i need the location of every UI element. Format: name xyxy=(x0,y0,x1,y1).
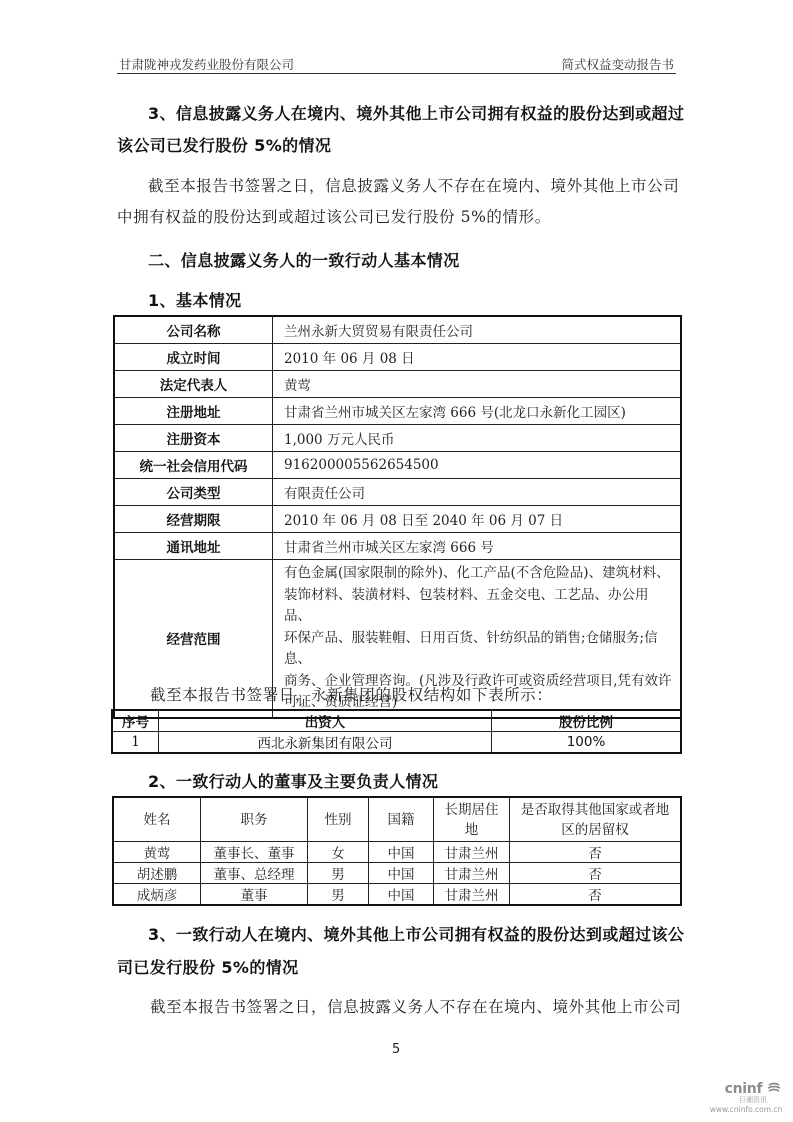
table-row: 黄莺 董事长、董事 女 中国 甘肃兰州 否 xyxy=(113,842,681,863)
table-row: 胡述鹏 董事、总经理 男 中国 甘肃兰州 否 xyxy=(113,863,681,884)
field-value: 2010 年 06 月 08 日至 2040 年 06 月 07 日 xyxy=(273,506,682,533)
page-number: 5 xyxy=(392,1042,400,1057)
table-row: 法定代表人黄莺 xyxy=(114,371,681,398)
column-header: 国籍 xyxy=(369,797,434,842)
table-row: 通讯地址甘肃省兰州市城关区左家湾 666 号 xyxy=(114,533,681,560)
field-value: 黄莺 xyxy=(273,371,682,398)
column-header: 长期居住 地 xyxy=(434,797,510,842)
table-cell: 甘肃兰州 xyxy=(434,884,510,906)
table-cell: 甘肃兰州 xyxy=(434,842,510,863)
basic-info-table: 公司名称兰州永新大贸贸易有限责任公司 成立时间2010 年 06 月 08 日 … xyxy=(113,315,682,719)
table-cell: 中国 xyxy=(369,842,434,863)
table-row: 注册资本1,000 万元人民币 xyxy=(114,425,681,452)
table-cell: 董事 xyxy=(201,884,308,906)
header-line: 长期居住 xyxy=(434,800,509,820)
header-line: 是否取得其他国家或者地 xyxy=(510,800,680,820)
column-header: 序号 xyxy=(112,710,159,732)
field-value: 916200005562654500 xyxy=(273,452,682,479)
field-label: 成立时间 xyxy=(114,344,273,371)
table-row: 经营期限2010 年 06 月 08 日至 2040 年 06 月 07 日 xyxy=(114,506,681,533)
field-label: 公司类型 xyxy=(114,479,273,506)
column-header: 姓名 xyxy=(113,797,201,842)
page-header: 甘肃陇神戎发药业股份有限公司 简式权益变动报告书 xyxy=(117,53,676,74)
table-cell: 1 xyxy=(112,732,159,754)
table-row: 1 西北永新集团有限公司 100% xyxy=(112,732,681,754)
field-value: 甘肃省兰州市城关区左家湾 666 号 xyxy=(273,533,682,560)
field-label: 通讯地址 xyxy=(114,533,273,560)
subsection-heading: 2、一致行动人的董事及主要负责人情况 xyxy=(148,769,438,792)
table-cell: 甘肃兰州 xyxy=(434,863,510,884)
table-cell: 董事长、董事 xyxy=(201,842,308,863)
watermark-url: www.cninfo.com.cn xyxy=(704,1105,788,1114)
field-value: 甘肃省兰州市城关区左家湾 666 号(北龙口永新化工园区) xyxy=(273,398,682,425)
column-header: 是否取得其他国家或者地 区的居留权 xyxy=(510,797,682,842)
table-header-row: 姓名 职务 性别 国籍 长期居住 地 是否取得其他国家或者地 区的居留权 xyxy=(113,797,681,842)
field-value: 有限责任公司 xyxy=(273,479,682,506)
column-header: 性别 xyxy=(308,797,369,842)
equity-intro: 截至本报告书签署日，永新集团的股权结构如下表所示： xyxy=(150,683,553,705)
section-heading: 3、信息披露义务人在境内、境外其他上市公司拥有权益的股份达到或超过 xyxy=(148,101,684,124)
section-heading-cont: 该公司已发行股份 5%的情况 xyxy=(117,133,331,156)
scope-line: 装饰材料、装潢材料、包装材料、五金交电、工艺品、办公用品、 xyxy=(284,585,674,628)
paragraph-cont: 中拥有权益的股份达到或超过该公司已发行股份 5%的情形。 xyxy=(117,205,551,227)
directors-table: 姓名 职务 性别 国籍 长期居住 地 是否取得其他国家或者地 区的居留权 黄莺 … xyxy=(112,796,682,906)
table-cell: 男 xyxy=(308,884,369,906)
scope-line: 有色金属(国家限制的除外)、化工产品(不含危险品)、建筑材料、 xyxy=(284,563,674,585)
header-company: 甘肃陇神戎发药业股份有限公司 xyxy=(119,55,294,73)
column-header: 职务 xyxy=(201,797,308,842)
table-cell: 否 xyxy=(510,863,682,884)
table-cell: 男 xyxy=(308,863,369,884)
cninfo-watermark: cninf 巨潮资讯 www.cninfo.com.cn xyxy=(718,1078,788,1114)
table-cell: 女 xyxy=(308,842,369,863)
table-row: 成立时间2010 年 06 月 08 日 xyxy=(114,344,681,371)
table-cell: 100% xyxy=(492,732,682,754)
equity-table: 序号 出资人 股份比例 1 西北永新集团有限公司 100% xyxy=(111,709,682,754)
table-cell: 胡述鹏 xyxy=(113,863,201,884)
field-label: 统一社会信用代码 xyxy=(114,452,273,479)
table-row: 统一社会信用代码916200005562654500 xyxy=(114,452,681,479)
table-row: 注册地址甘肃省兰州市城关区左家湾 666 号(北龙口永新化工园区) xyxy=(114,398,681,425)
column-header: 股份比例 xyxy=(492,710,682,732)
field-value: 兰州永新大贸贸易有限责任公司 xyxy=(273,316,682,344)
header-line: 区的居留权 xyxy=(510,820,680,840)
paragraph: 截至本报告书签署之日，信息披露义务人不存在在境内、境外其他上市公司 xyxy=(150,995,681,1017)
table-row: 成炳彦 董事 男 中国 甘肃兰州 否 xyxy=(113,884,681,906)
field-label: 法定代表人 xyxy=(114,371,273,398)
field-value: 1,000 万元人民币 xyxy=(273,425,682,452)
table-row: 公司类型有限责任公司 xyxy=(114,479,681,506)
scope-line: 环保产品、服装鞋帽、日用百货、针纺织品的销售;仓储服务;信息、 xyxy=(284,628,674,671)
field-label: 注册地址 xyxy=(114,398,273,425)
table-cell: 董事、总经理 xyxy=(201,863,308,884)
section-heading: 二、信息披露义务人的一致行动人基本情况 xyxy=(148,248,460,271)
field-label: 经营期限 xyxy=(114,506,273,533)
table-cell: 中国 xyxy=(369,884,434,906)
table-header-row: 序号 出资人 股份比例 xyxy=(112,710,681,732)
table-cell: 成炳彦 xyxy=(113,884,201,906)
table-cell: 否 xyxy=(510,842,682,863)
header-doc-title: 简式权益变动报告书 xyxy=(561,55,674,73)
table-row: 公司名称兰州永新大贸贸易有限责任公司 xyxy=(114,316,681,344)
swirl-icon xyxy=(767,1082,781,1094)
paragraph: 截至本报告书签署之日，信息披露义务人不存在在境内、境外其他上市公司 xyxy=(148,174,679,196)
header-line: 地 xyxy=(434,820,509,840)
table-cell: 西北永新集团有限公司 xyxy=(159,732,492,754)
section-heading-cont: 司已发行股份 5%的情况 xyxy=(117,955,299,978)
field-label: 注册资本 xyxy=(114,425,273,452)
field-value: 2010 年 06 月 08 日 xyxy=(273,344,682,371)
table-cell: 否 xyxy=(510,884,682,906)
table-cell: 中国 xyxy=(369,863,434,884)
table-cell: 黄莺 xyxy=(113,842,201,863)
subsection-heading: 1、基本情况 xyxy=(148,288,242,311)
section-heading: 3、一致行动人在境内、境外其他上市公司拥有权益的股份达到或超过该公 xyxy=(148,922,684,945)
field-label: 公司名称 xyxy=(114,316,273,344)
column-header: 出资人 xyxy=(159,710,492,732)
